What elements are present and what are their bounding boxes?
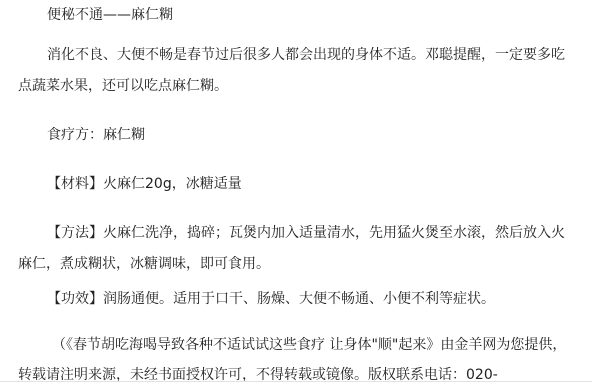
recipe-method-line-1: 【方法】火麻仁洗净，捣碎；瓦煲内加入适量清水，先用猛火煲至水滚，然后放入火: [47, 221, 565, 246]
source-note-line-2: 转载请注明来源，未经书面授权许可，不得转载或镜像。版权联系电话：020-: [18, 363, 498, 383]
intro-paragraph-line-2: 点蔬菜水果，还可以吃点麻仁糊。: [18, 74, 228, 99]
recipe-effect: 【功效】润肠通便。适用于口干、肠燥、大便不畅通、小便不利等症状。: [47, 287, 495, 312]
recipe-heading: 食疗方：麻仁糊: [47, 123, 145, 148]
section-title: 便秘不通——麻仁糊: [47, 3, 173, 28]
intro-paragraph-line-1: 消化不良、大便不畅是春节过后很多人都会出现的身体不适。邓聪提醒，一定要多吃: [47, 43, 565, 68]
recipe-method-line-2: 麻仁，煮成糊状，冰糖调味，即可食用。: [18, 252, 270, 277]
bottom-divider: [0, 381, 592, 382]
recipe-materials: 【材料】火麻仁20g，冰糖适量: [47, 172, 242, 197]
source-note-line-1: （《春节胡吃海喝导致各种不适试试这些食疗 让身体"顺"起来》由金羊网为您提供，: [52, 333, 566, 358]
